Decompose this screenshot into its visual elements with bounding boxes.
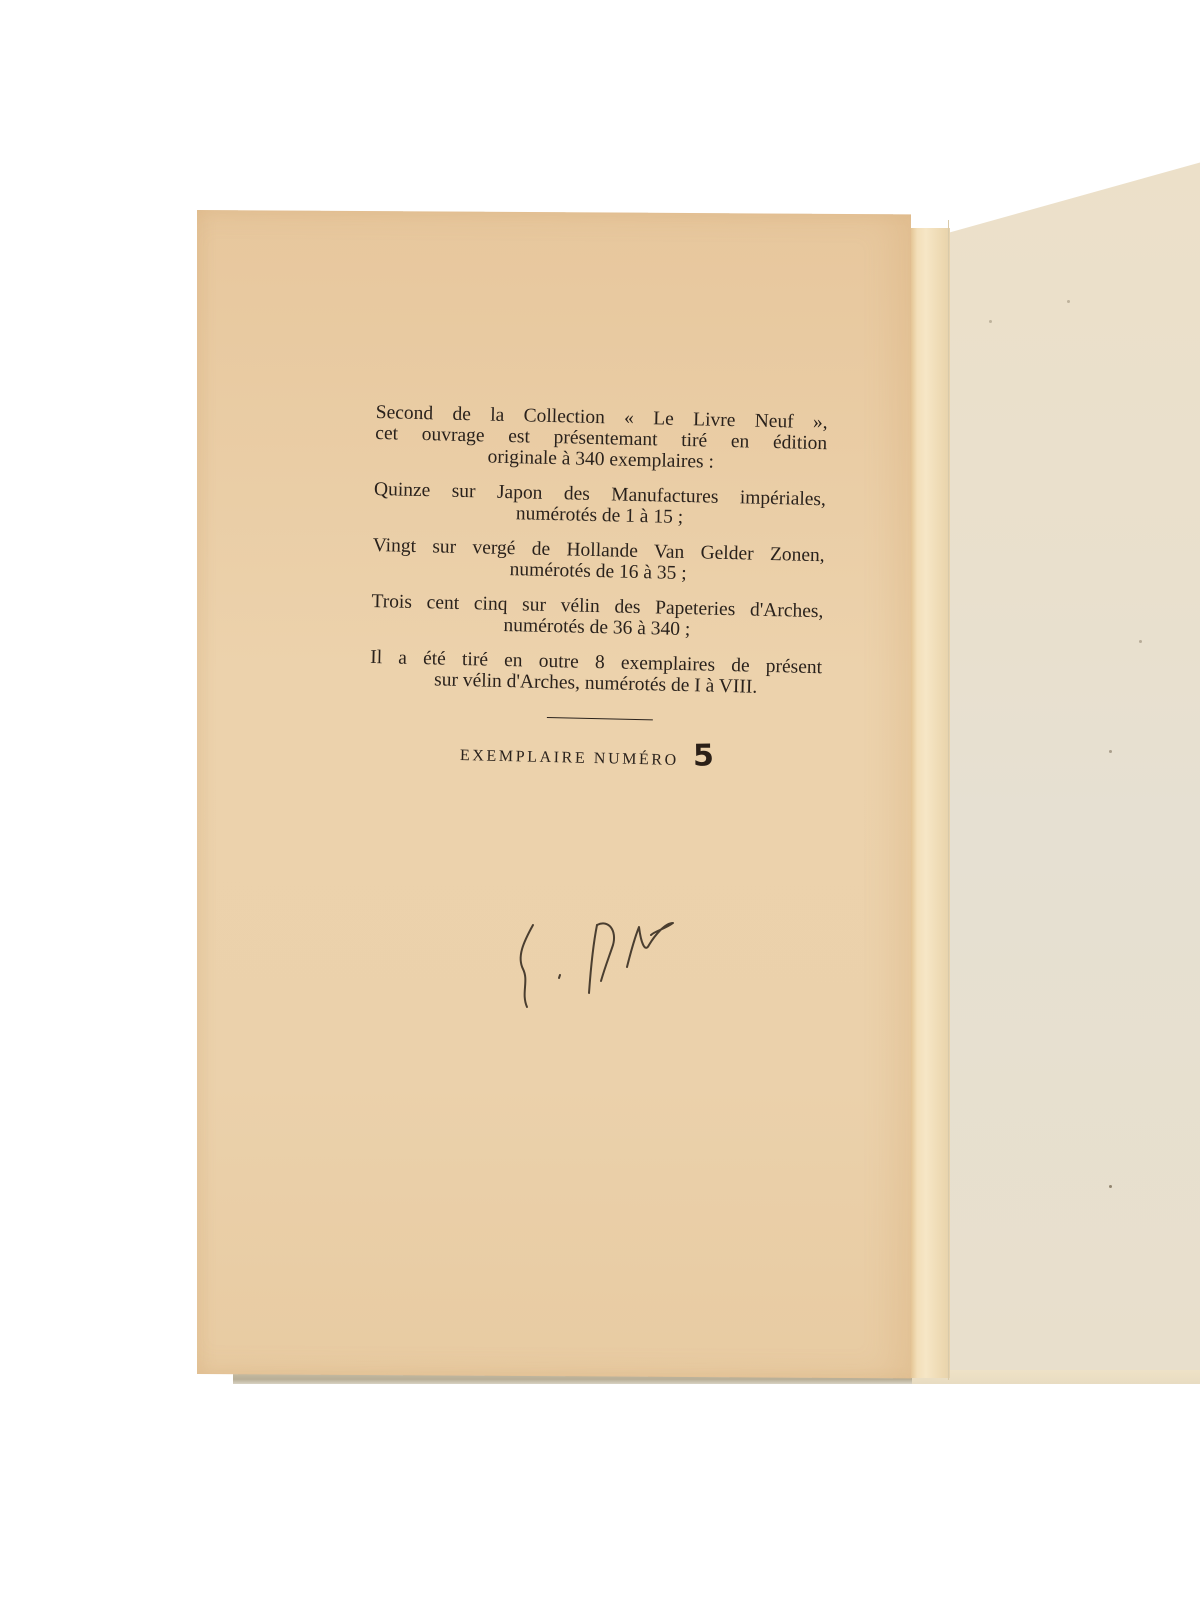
justification-text: Second de la Collection « Le Livre Neuf … bbox=[368, 402, 828, 774]
intro-paragraph: Second de la Collection « Le Livre Neuf … bbox=[375, 402, 828, 475]
edition-present: Il a été tiré en outre 8 exemplaires de … bbox=[369, 647, 822, 699]
colophon-page bbox=[197, 210, 911, 1378]
right-facing-page bbox=[949, 160, 1200, 1370]
gutter-crease bbox=[948, 220, 949, 1380]
edition-hollande: Vingt sur vergé de Hollande Van Gelder Z… bbox=[372, 535, 825, 587]
book-gutter bbox=[908, 228, 950, 1378]
edition-velin: Trois cent cinq sur vélin des Papeteries… bbox=[371, 591, 824, 643]
edition-japon: Quinze sur Japon des Manufactures impéri… bbox=[373, 479, 826, 531]
copy-number-value: 5 bbox=[693, 745, 714, 766]
right-page-bottom-edge bbox=[912, 1370, 1200, 1384]
signature-icon bbox=[505, 895, 685, 1015]
divider-rule bbox=[547, 717, 653, 720]
book-photo: Second de la Collection « Le Livre Neuf … bbox=[0, 0, 1200, 1600]
